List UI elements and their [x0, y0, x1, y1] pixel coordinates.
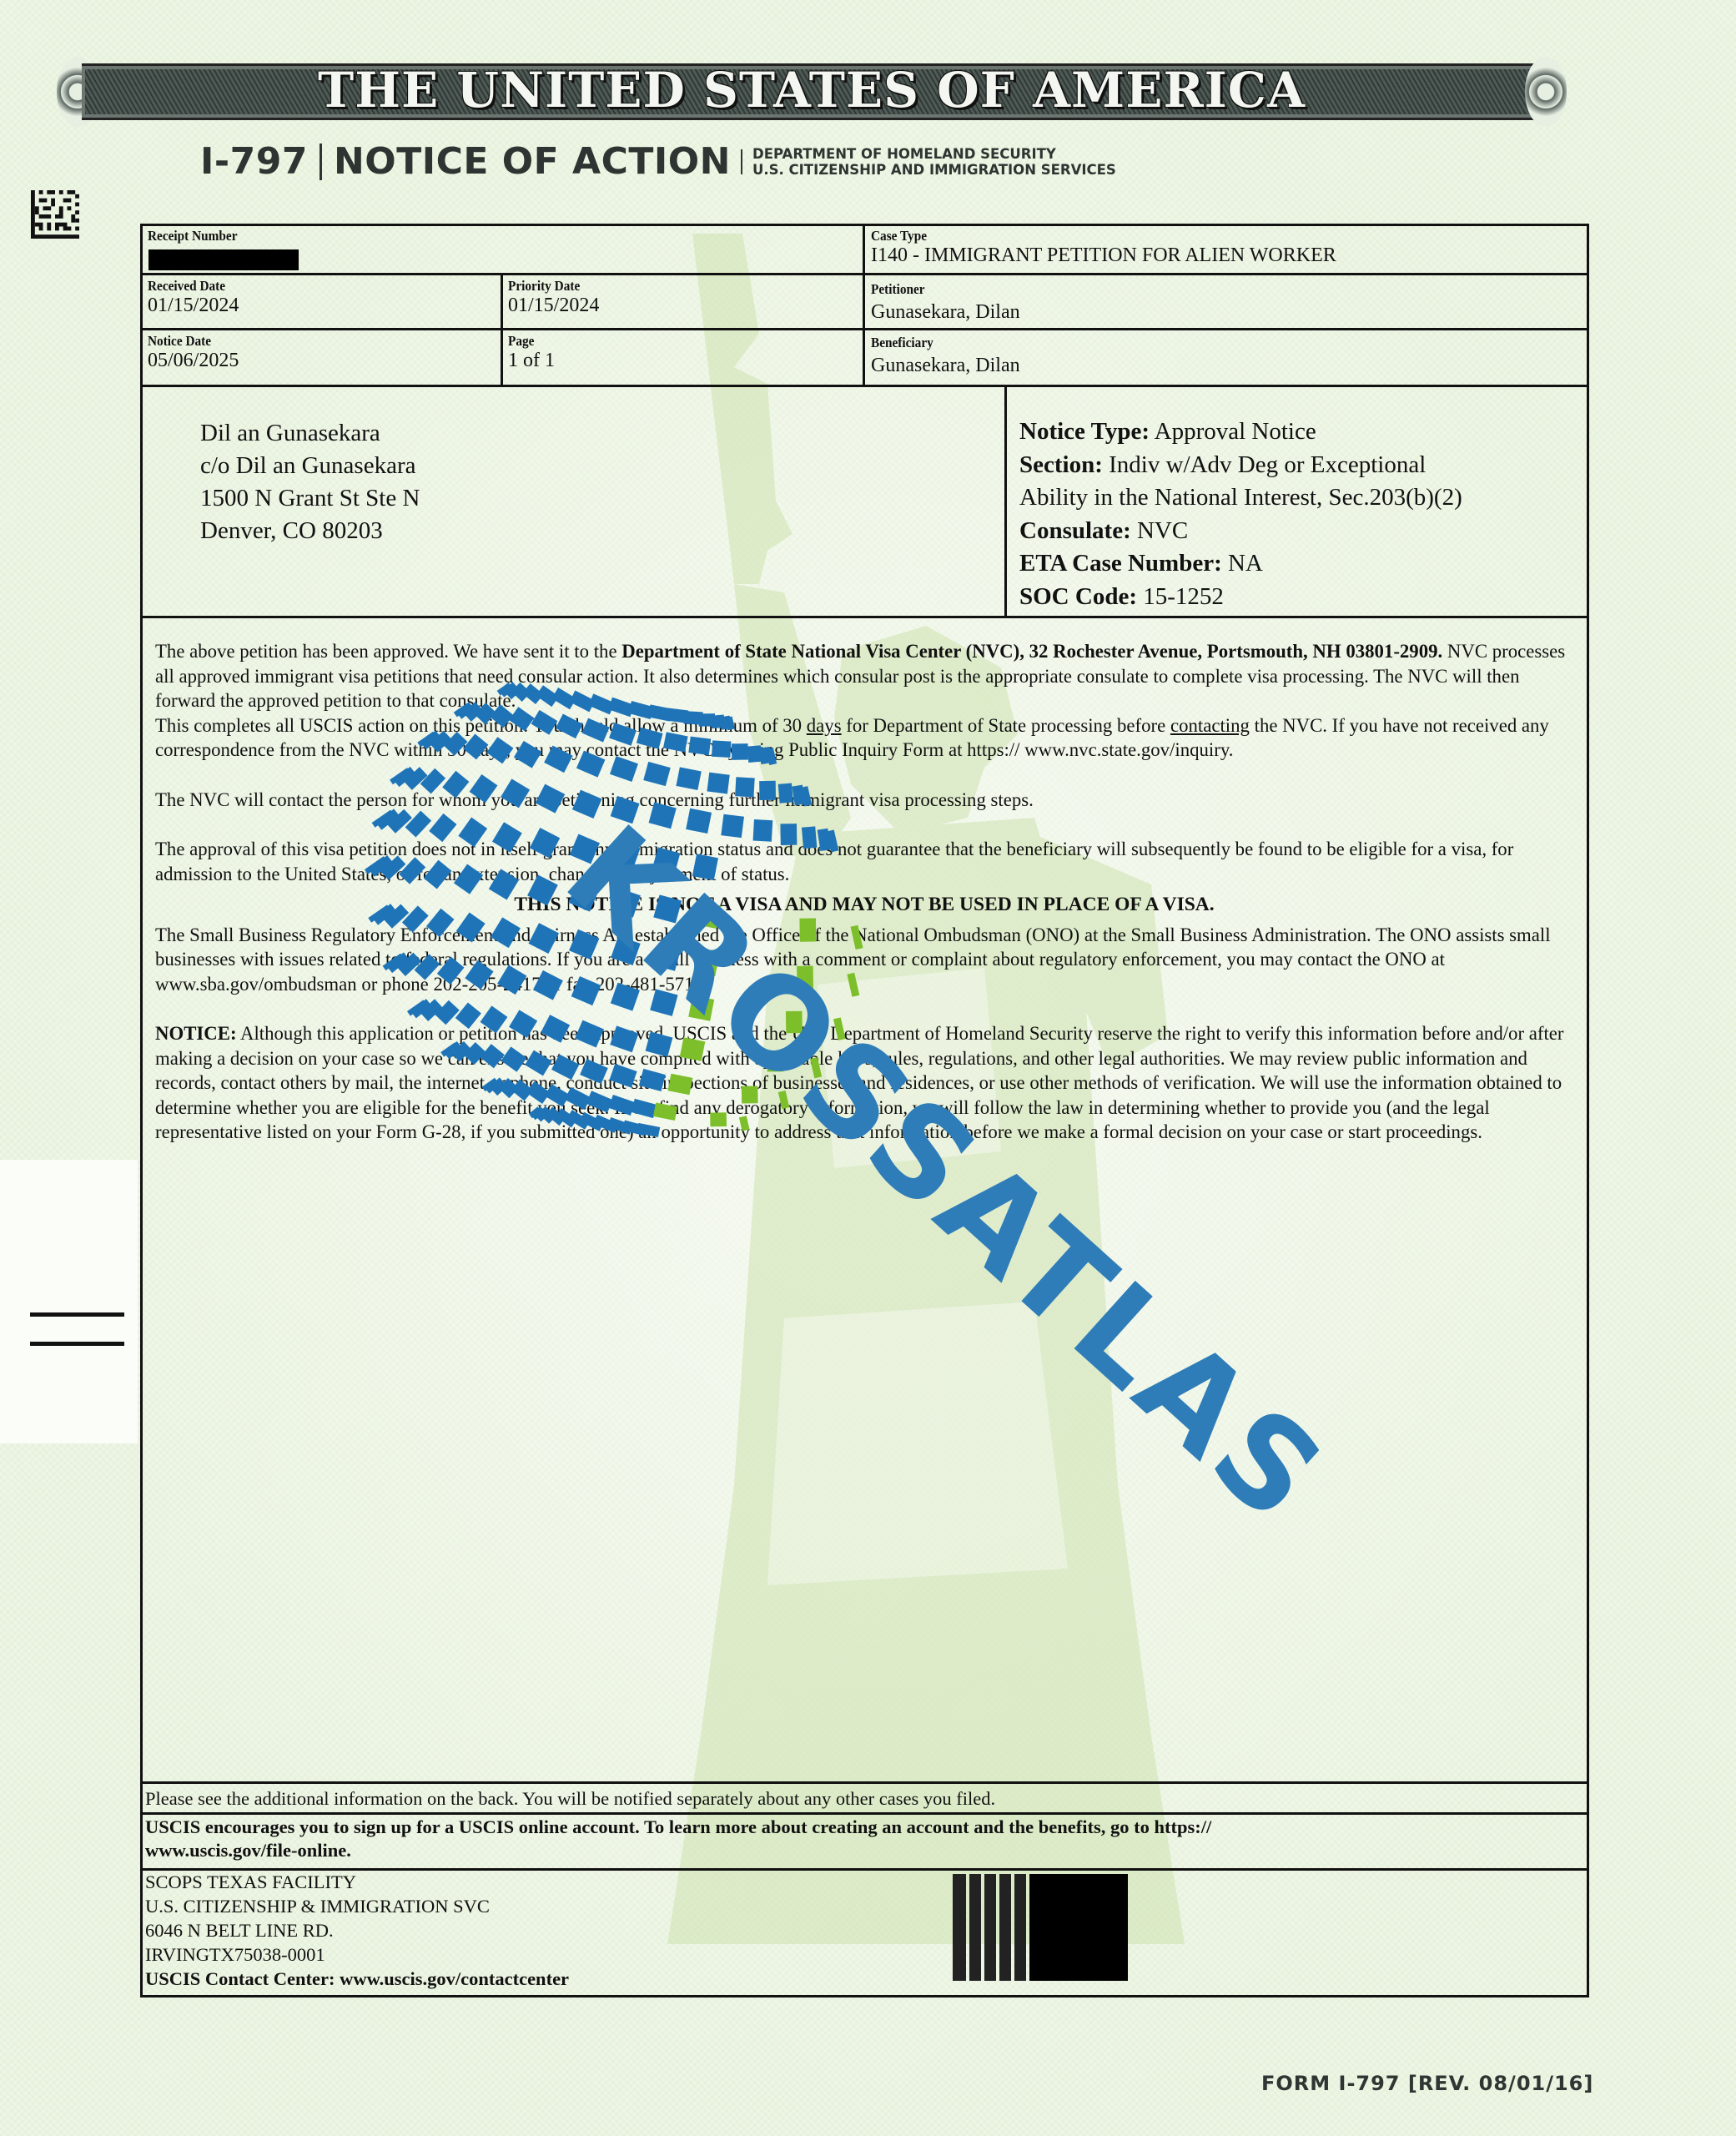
scan-margin-strip — [0, 1160, 138, 1443]
notice-date-label: Notice Date — [148, 334, 229, 349]
paragraph-nvc-contact: The NVC will contact the person for whom… — [155, 788, 1573, 813]
paragraph-notice: NOTICE: Although this application or pet… — [155, 1021, 1573, 1145]
paragraph-status: The approval of this visa petition does … — [155, 837, 1573, 886]
priority-date-value: 01/15/2024 — [508, 294, 599, 317]
office-line: U.S. CITIZENSHIP & IMMIGRATION SVC — [145, 1894, 569, 1918]
received-date-value: 01/15/2024 — [148, 294, 239, 317]
beneficiary-label: Beneficiary — [871, 335, 1005, 350]
page-cell: Page 1 of 1 — [508, 334, 555, 372]
box-divider — [1004, 385, 1007, 618]
notice-date-cell: Notice Date 05/06/2025 — [148, 334, 239, 372]
barcode-redacted — [953, 1874, 1413, 1981]
notice-type-row: Notice Type: Approval Notice — [1019, 416, 1462, 449]
petitioner-cell: Petitioner Gunasekara, Dilan — [871, 282, 1020, 324]
fold-mark — [30, 1312, 124, 1317]
fold-mark — [30, 1342, 124, 1346]
case-type-value: I140 - IMMIGRANT PETITION FOR ALIEN WORK… — [871, 244, 1336, 267]
receipt-number-cell: Receipt Number — [148, 229, 247, 244]
receipt-number-redacted — [148, 249, 299, 270]
office-line: 6046 N BELT LINE RD. — [145, 1918, 569, 1942]
beneficiary-cell: Beneficiary Gunasekara, Dilan — [871, 335, 1020, 377]
online-account-text: USCIS encourages you to sign up for a US… — [145, 1816, 1211, 1862]
notice-date-value: 05/06/2025 — [148, 349, 239, 372]
contact-center-link[interactable]: USCIS Contact Center: www.uscis.gov/cont… — [145, 1967, 569, 1991]
paragraph-ombudsman: The Small Business Regulatory Enforcemen… — [155, 923, 1573, 997]
form-revision: FORM I-797 [REV. 08/01/16] — [1261, 2072, 1593, 2095]
agency-line-2: U.S. CITIZENSHIP AND IMMIGRATION SERVICE… — [752, 162, 1116, 178]
priority-date-cell: Priority Date 01/15/2024 — [508, 279, 599, 317]
receipt-number-label: Receipt Number — [148, 229, 238, 244]
received-date-cell: Received Date 01/15/2024 — [148, 279, 239, 317]
received-date-label: Received Date — [148, 279, 229, 294]
petitioner-value: Gunasekara, Dilan — [871, 300, 1020, 324]
table-divider — [140, 273, 1589, 275]
beneficiary-value: Gunasekara, Dilan — [871, 354, 1020, 377]
section-row: Section: Indiv w/Adv Deg or Exceptional — [1019, 449, 1462, 482]
office-line: IRVINGTX75038-0001 — [145, 1942, 569, 1967]
agency-line-1: DEPARTMENT OF HOMELAND SECURITY — [752, 146, 1116, 162]
form-name: NOTICE OF ACTION — [334, 140, 731, 183]
title-separator — [741, 149, 742, 174]
notice-body: The above petition has been approved. We… — [155, 639, 1573, 1145]
table-divider — [140, 328, 1589, 330]
online-account-line-1: USCIS encourages you to sign up for a US… — [145, 1816, 1211, 1839]
soc-code-row: SOC Code: 15-1252 — [1019, 581, 1462, 614]
page-label: Page — [508, 334, 550, 349]
office-line: SCOPS TEXAS FACILITY — [145, 1870, 569, 1894]
online-account-link[interactable]: www.uscis.gov/file-online. — [145, 1839, 1211, 1862]
header-banner: THE UNITED STATES OF AMERICA — [57, 57, 1567, 127]
title-separator — [320, 144, 322, 180]
notice-info: Notice Type: Approval Notice Section: In… — [1019, 416, 1462, 613]
address-line: 1500 N Grant St Ste N — [200, 482, 420, 515]
case-type-label: Case Type — [871, 229, 1290, 244]
eta-case-number-row: ETA Case Number: NA — [1019, 547, 1462, 581]
mailing-address: Dil an Gunasekara c/o Dil an Gunasekara … — [200, 417, 420, 547]
address-line: c/o Dil an Gunasekara — [200, 450, 420, 482]
section-row-continued: Ability in the National Interest, Sec.20… — [1019, 481, 1462, 515]
paragraph-completion: This completes all USCIS action on this … — [155, 713, 1573, 763]
agency-name: DEPARTMENT OF HOMELAND SECURITY U.S. CIT… — [752, 146, 1116, 178]
banner-title: THE UNITED STATES OF AMERICA — [57, 62, 1567, 118]
page-value: 1 of 1 — [508, 349, 555, 372]
form-number: I-797 — [200, 140, 308, 183]
uscis-office-address: SCOPS TEXAS FACILITY U.S. CITIZENSHIP & … — [145, 1870, 569, 1991]
additional-info-text: Please see the additional information on… — [145, 1787, 995, 1811]
address-line: Denver, CO 80203 — [200, 515, 420, 547]
form-title: I-797 NOTICE OF ACTION DEPARTMENT OF HOM… — [200, 140, 1116, 183]
consulate-row: Consulate: NVC — [1019, 515, 1462, 548]
paragraph-approval: The above petition has been approved. We… — [155, 639, 1573, 713]
datamatrix-code-icon — [30, 190, 80, 239]
table-divider — [863, 224, 865, 387]
not-a-visa-warning: THIS NOTICE IS NOT A VISA AND MAY NOT BE… — [155, 893, 1573, 918]
table-divider — [501, 273, 503, 387]
case-type-cell: Case Type I140 - IMMIGRANT PETITION FOR … — [871, 229, 1336, 267]
address-line: Dil an Gunasekara — [200, 417, 420, 450]
petitioner-label: Petitioner — [871, 282, 1005, 297]
priority-date-label: Priority Date — [508, 279, 590, 294]
